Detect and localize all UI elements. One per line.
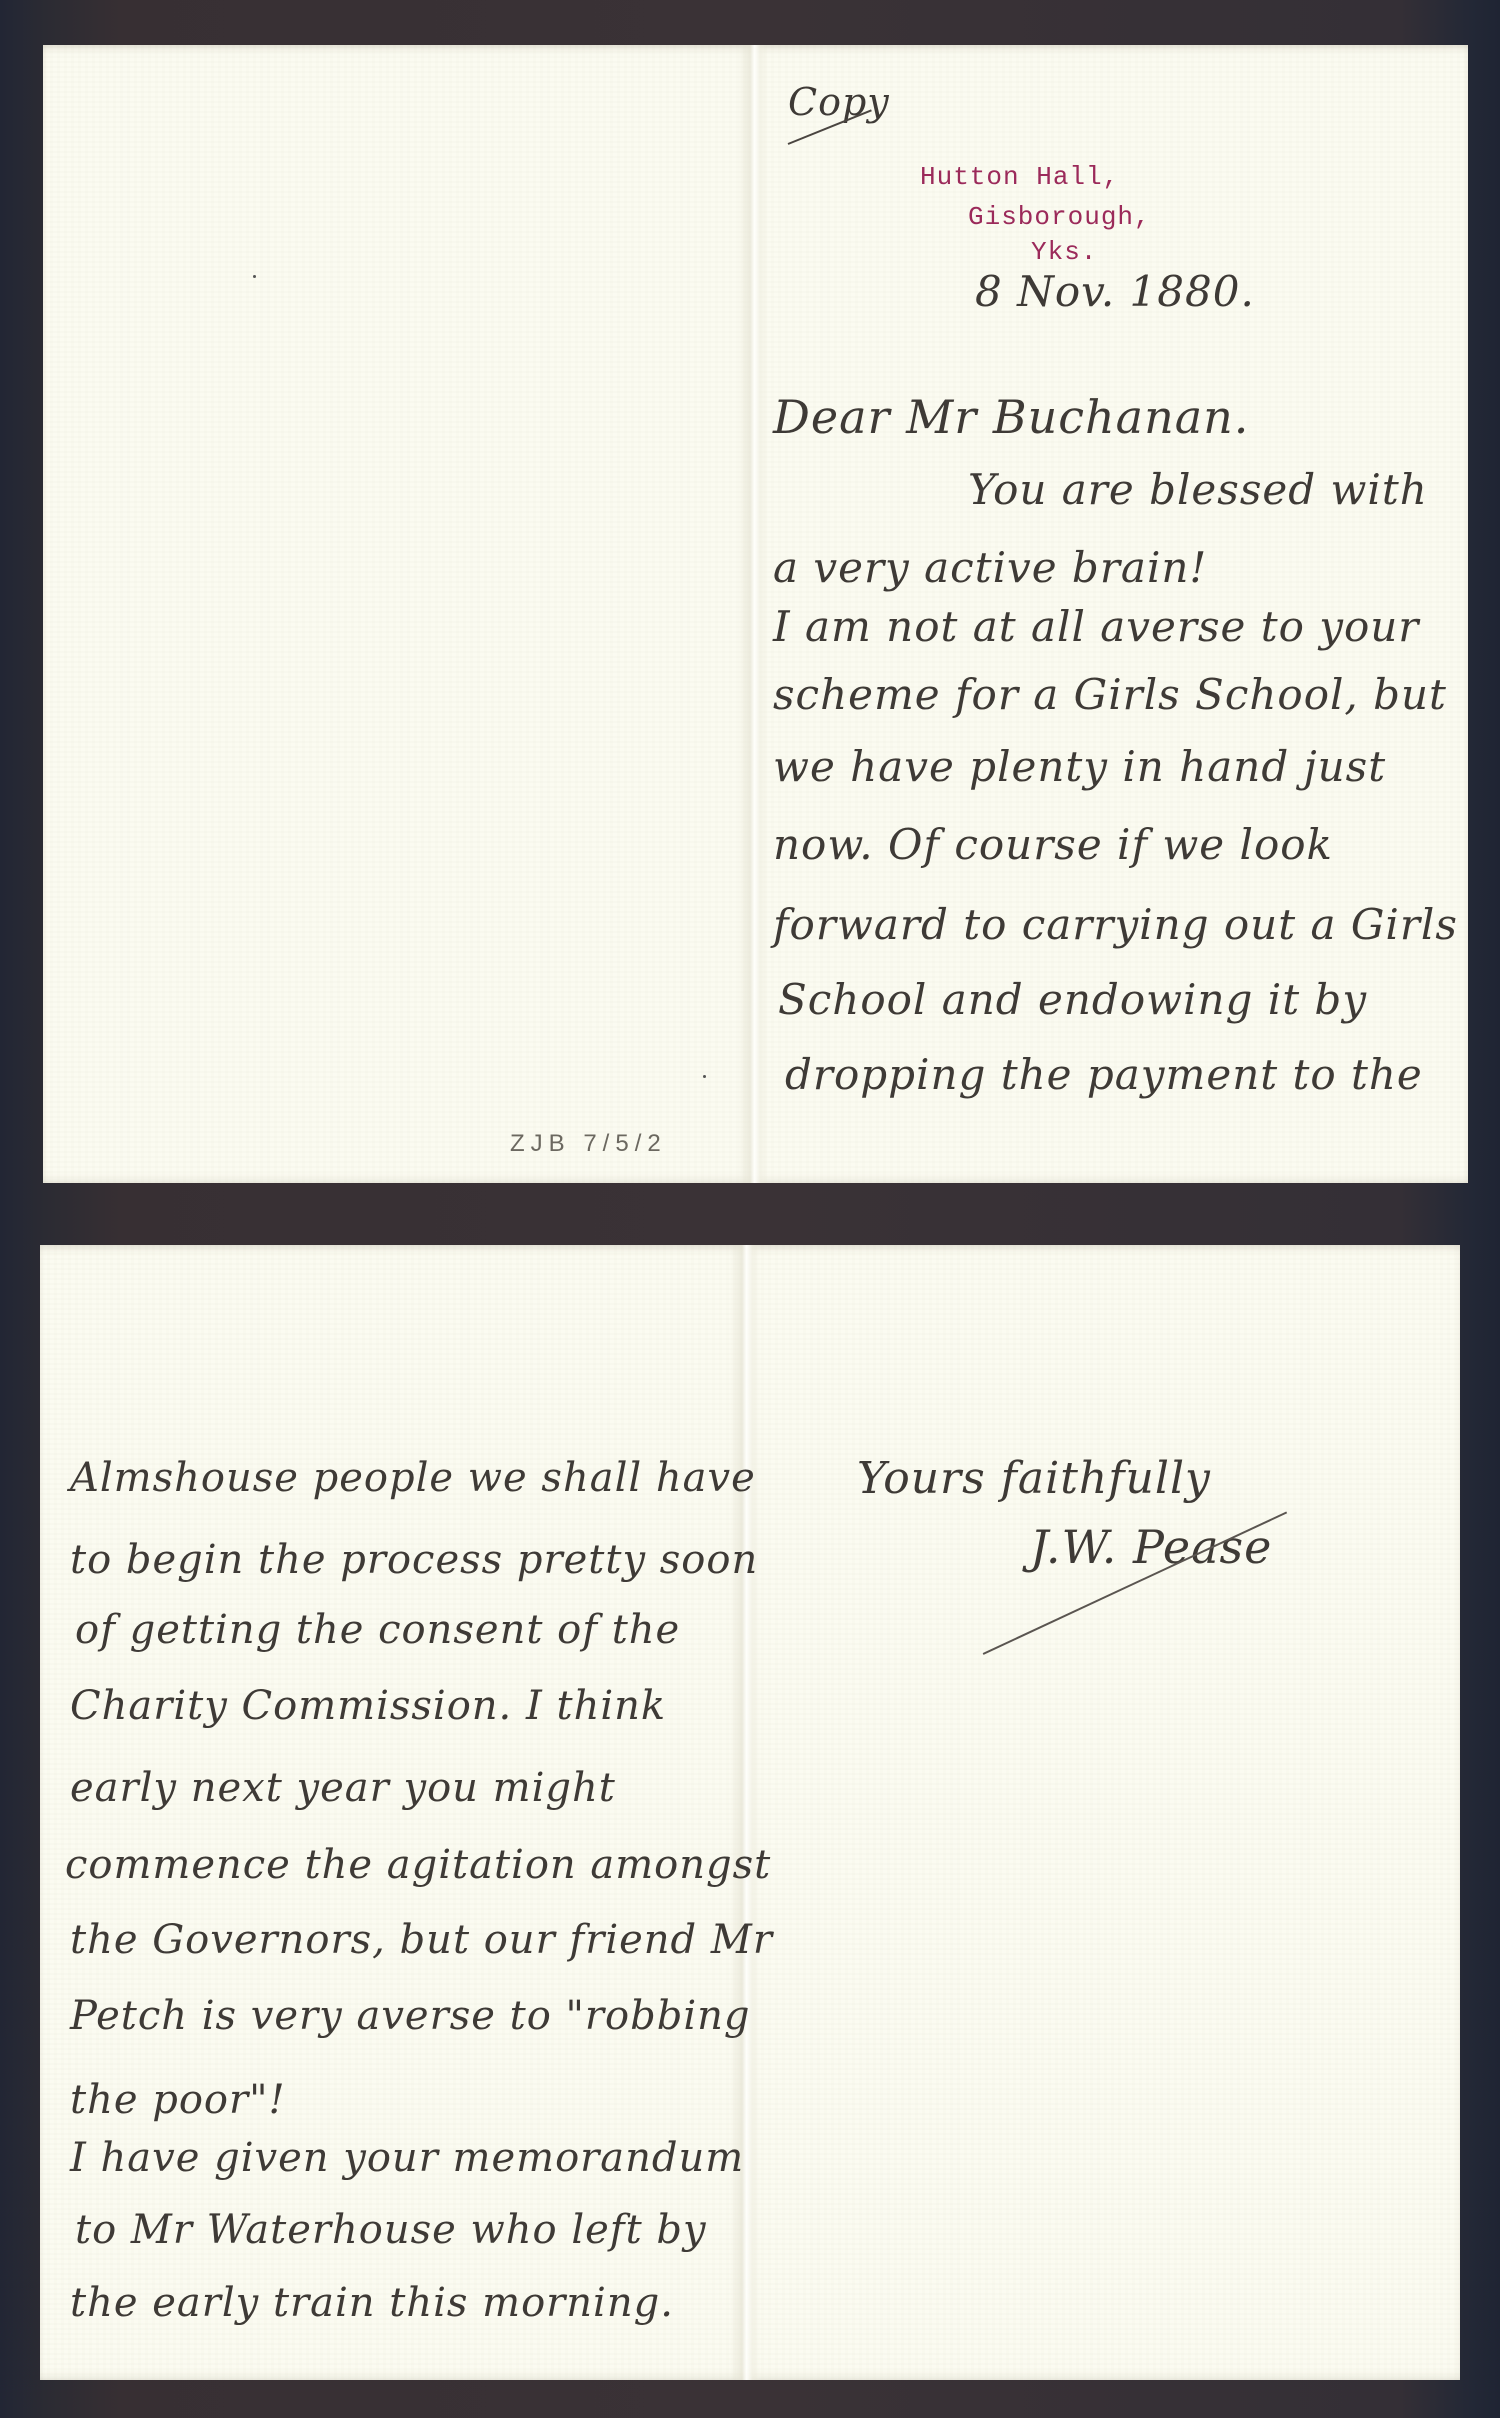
top-sheet: ZJB 7/5/2 Copy Hutton Hall, Gisborough, … (43, 45, 1468, 1183)
letter-line: the Governors, but our friend Mr (70, 1917, 773, 1963)
letter-line: to Mr Waterhouse who left by (75, 2207, 707, 2253)
letter-line: we have plenty in hand just (773, 742, 1386, 791)
letter-line: I have given your memorandum (70, 2135, 744, 2181)
bottom-sheet: Almshouse people we shall have to begin … (40, 1245, 1460, 2380)
letter-line: commence the agitation amongst (65, 1842, 771, 1888)
signature: J.W. Pease (1030, 1520, 1272, 1574)
letter-line: early next year you might (70, 1765, 616, 1811)
letter-line: now. Of course if we look (773, 820, 1333, 869)
ink-speck (253, 275, 256, 278)
letter-date: 8 Nov. 1880. (975, 267, 1255, 316)
letter-line: forward to carrying out a Girls (773, 900, 1458, 949)
top-right-page: Copy Hutton Hall, Gisborough, Yks. 8 Nov… (753, 45, 1468, 1183)
letterhead-line-1: Hutton Hall, (920, 162, 1119, 192)
letter-line: dropping the payment to the (785, 1050, 1423, 1099)
bottom-left-page: Almshouse people we shall have to begin … (40, 1245, 745, 2380)
letterhead-line-3: Yks. (1031, 237, 1097, 267)
letter-line: the poor"! (70, 2077, 286, 2123)
letter-line: Charity Commission. I think (70, 1683, 666, 1729)
letter-line: Petch is very averse to "robbing (70, 1993, 750, 2039)
letterhead-line-2: Gisborough, (968, 202, 1151, 232)
letter-line: a very active brain! (773, 543, 1207, 592)
letter-line: Almshouse people we shall have (70, 1455, 756, 1501)
bottom-right-page: Yours faithfully J.W. Pease (745, 1245, 1460, 2380)
closing: Yours faithfully (857, 1453, 1211, 1504)
ink-speck (703, 1075, 706, 1078)
letter-line: scheme for a Girls School, but (773, 670, 1447, 719)
letter-line: the early train this morning. (70, 2280, 674, 2326)
archive-reference: ZJB 7/5/2 (510, 1130, 667, 1158)
letter-line: I am not at all averse to your (773, 602, 1419, 651)
letter-line: You are blessed with (968, 465, 1428, 514)
letter-line: to begin the process pretty soon (70, 1537, 758, 1583)
copy-annotation: Copy (788, 80, 890, 124)
top-left-page: ZJB 7/5/2 (43, 45, 753, 1183)
letter-line: School and endowing it by (778, 975, 1367, 1024)
letter-line: of getting the consent of the (75, 1607, 680, 1653)
salutation: Dear Mr Buchanan. (773, 390, 1249, 444)
